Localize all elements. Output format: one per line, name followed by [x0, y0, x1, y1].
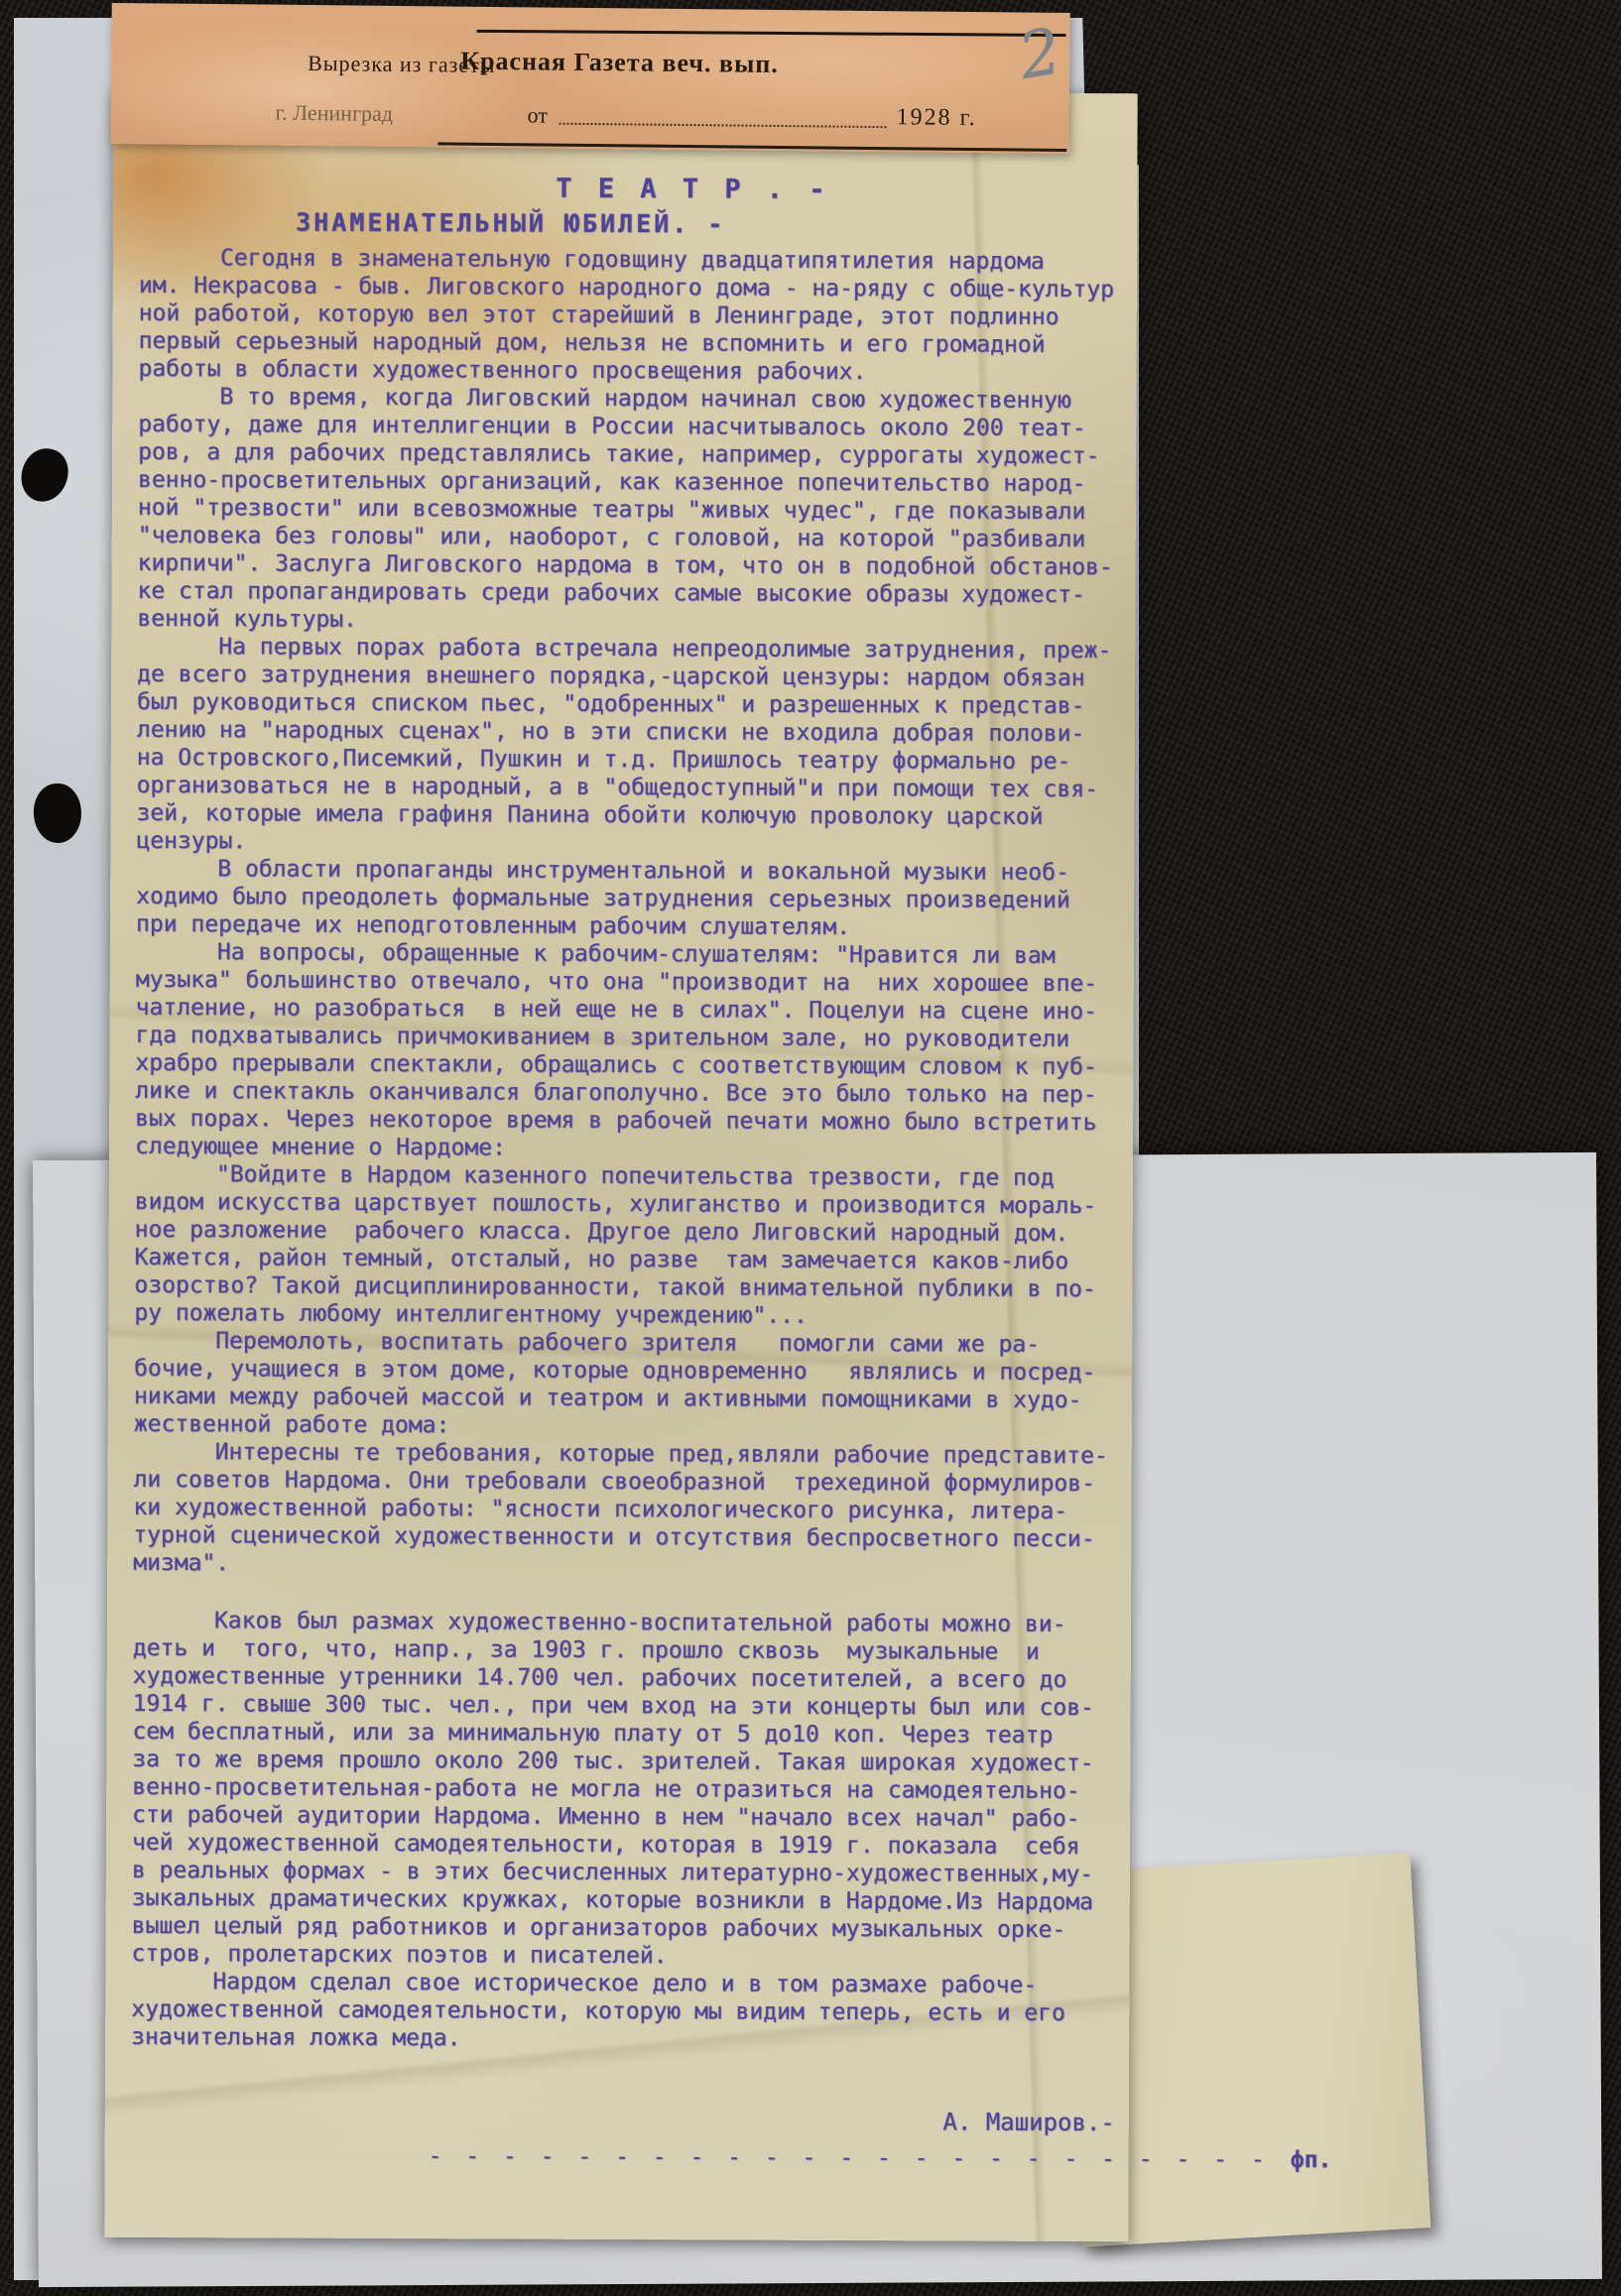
typewritten-page: Т Е А Т Р . - ЗНАМЕНАТЕЛЬНЫЙ ЮБИЛЕЙ. - С…	[104, 89, 1137, 2241]
article-paragraph: На вопросы, обращенные к рабочим-слушате…	[135, 938, 1134, 1164]
date-from-label: от	[527, 102, 548, 128]
article-paragraph: Перемолоть, воспитать рабочего зрителя п…	[134, 1327, 1132, 1442]
article-paragraph: Интересны те требования, которые пред,яв…	[133, 1438, 1132, 1581]
article-paragraph: Каков был размах художественно-воспитате…	[131, 1607, 1131, 1972]
dash-line: - - - - - - - - - - - - - - - - - - - - …	[429, 2143, 1265, 2173]
article-body: Т Е А Т Р . - ЗНАМЕНАТЕЛЬНЫЙ ЮБИЛЕЙ. - С…	[105, 89, 1138, 2172]
city-label: г. Ленинград	[275, 100, 393, 127]
author-signature: А. Маширов.-	[131, 2105, 1115, 2136]
article-subtitle: ЗНАМЕНАТЕЛЬНЫЙ ЮБИЛЕЙ. -	[296, 207, 1137, 243]
dash-separator: - - - - - - - - - - - - - - - - - - - - …	[429, 2143, 1520, 2174]
label-top-rule	[476, 30, 1065, 37]
year-label: 1928 г.	[896, 104, 976, 132]
date-dotted-line	[560, 105, 887, 128]
article-paragraph: "Войдите в Нардом казенного попечительст…	[134, 1160, 1133, 1331]
article-paragraph: На первых порах работа встречала непреод…	[136, 633, 1135, 859]
archival-scan: Т Е А Т Р . - ЗНАМЕНАТЕЛЬНЫЙ ЮБИЛЕЙ. - С…	[0, 0, 1621, 2296]
article-paragraph: Нардом сделал свое историческое дело и в…	[131, 1968, 1129, 2055]
newspaper-clipping-label: Вырезка из газеты Красная Газета веч. вы…	[110, 3, 1069, 154]
article-paragraph: В то время, когда Лиговский нардом начин…	[137, 383, 1136, 637]
typist-initials: фп.	[1291, 2147, 1332, 2173]
article-paragraph: Сегодня в знаменательную годовщину двадц…	[138, 244, 1137, 387]
article-title: Т Е А Т Р . -	[556, 173, 1137, 209]
newspaper-name: Красная Газета веч. вып.	[460, 47, 779, 79]
article-paragraph: В области пропаганды инструментальной и …	[136, 855, 1134, 942]
